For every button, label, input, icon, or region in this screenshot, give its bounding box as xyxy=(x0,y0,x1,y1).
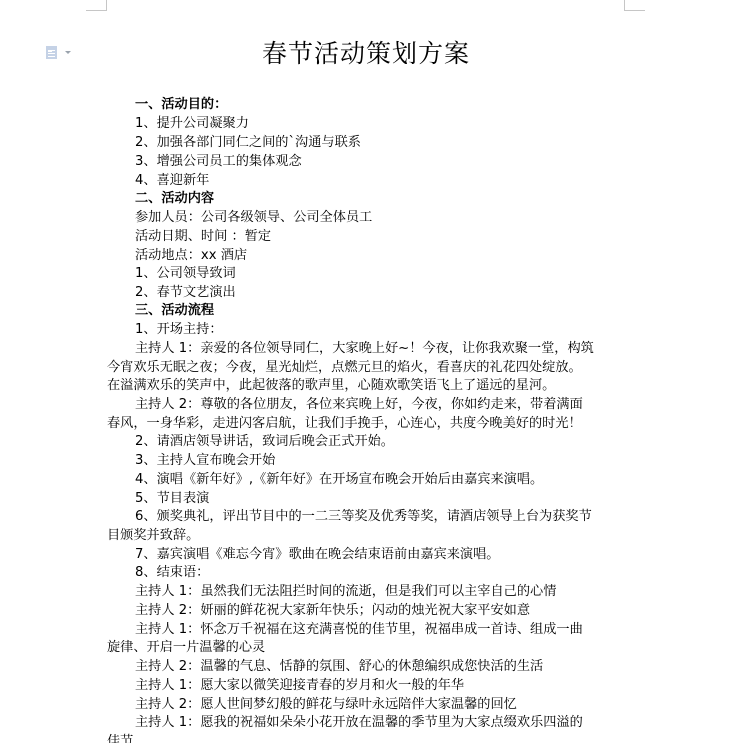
paragraph-line: 4、演唱《新年好》,《新年好》在开场宣布晚会开始后由嘉宾来演唱。 xyxy=(135,471,543,489)
paragraph-line: 主持人 2：妍丽的鲜花祝大家新年快乐；闪动的烛光祝大家平安如意 xyxy=(135,602,530,620)
paragraph-line: 5、节目表演 xyxy=(135,490,209,508)
paragraph-line: 1、提升公司凝聚力 xyxy=(135,115,249,133)
paragraph-line: 2、春节文艺演出 xyxy=(135,284,236,302)
document-title: 春节活动策划方案 xyxy=(0,38,732,70)
paragraph-line: 1、公司领导致词 xyxy=(135,265,236,283)
paragraph-line: 今宵欢乐无眠之夜；今夜，星光灿烂，点燃元旦的焰火，看喜庆的礼花四处绽放。 xyxy=(107,359,582,377)
page-corner-mark-left xyxy=(86,0,107,11)
paragraph-line: 主持人 1：亲爱的各位领导同仁，大家晚上好~！今夜，让你我欢聚一堂，构筑 xyxy=(135,340,594,358)
paragraph-line: 主持人 1：虽然我们无法阻拦时间的流逝，但是我们可以主宰自己的心情 xyxy=(135,583,556,601)
paragraph-line: 活动日期、时间 ：暂定 xyxy=(135,228,271,246)
paragraph-line: 2、请酒店领导讲话，致词后晚会正式开始。 xyxy=(135,433,394,451)
paragraph-line: 在溢满欢乐的笑声中，此起彼落的歌声里，心随欢歌笑语飞上了遥远的星河。 xyxy=(107,377,555,395)
section-heading: 三、活动流程 xyxy=(135,302,214,320)
paragraph-line: 活动地点：xx 酒店 xyxy=(135,247,247,265)
paragraph-line: 参加人员：公司各级领导、公司全体员工 xyxy=(135,209,372,227)
paragraph-line: 主持人 1：怀念万千祝福在这充满喜悦的佳节里，祝福串成一首诗、组成一曲 xyxy=(135,621,583,639)
paragraph-line: 目颁奖并致辞。 xyxy=(107,527,199,545)
paragraph-line: 4、喜迎新年 xyxy=(135,172,209,190)
paragraph-line: 旋律、开启一片温馨的心灵 xyxy=(107,639,265,657)
paragraph-line: 春风，一身华彩，走进闪客启航，让我们手挽手，心连心，共度今晚美好的时光！ xyxy=(107,415,582,433)
paragraph-line: 3、增强公司员工的集体观念 xyxy=(135,153,302,171)
paragraph-line: 主持人 1：愿大家以微笑迎接青春的岁月和火一般的年华 xyxy=(135,677,464,695)
paragraph-line: 佳节 xyxy=(107,733,133,743)
paragraph-line: 主持人 2：尊敬的各位朋友，各位来宾晚上好，今夜，你如约走来，带着满面 xyxy=(135,396,583,414)
paragraph-line: 1、开场主持： xyxy=(135,321,223,339)
section-heading: 一、活动目的： xyxy=(135,96,227,114)
page-corner-mark-right xyxy=(624,0,645,11)
paragraph-line: 3、主持人宣布晚会开始 xyxy=(135,452,275,470)
paragraph-line: 2、加强各部门同仁之间的`沟通与联系 xyxy=(135,134,361,152)
paragraph-line: 主持人 2：温馨的气息、恬静的氛围、舒心的休憩编织成您快活的生活 xyxy=(135,658,543,676)
section-heading: 二、活动内容 xyxy=(135,190,214,208)
paragraph-line: 主持人 1：愿我的祝福如朵朵小花开放在温馨的季节里为大家点缀欢乐四溢的 xyxy=(135,714,583,732)
paragraph-line: 主持人 2：愿人世间梦幻般的鲜花与绿叶永远陪伴大家温馨的回忆 xyxy=(135,696,517,714)
paragraph-line: 6、颁奖典礼，评出节目中的一二三等奖及优秀等奖，请酒店领导上台为获奖节 xyxy=(135,508,592,526)
paragraph-line: 7、嘉宾演唱《难忘今宵》歌曲在晚会结束语前由嘉宾来演唱。 xyxy=(135,546,499,564)
paragraph-line: 8、结束语： xyxy=(135,564,209,582)
